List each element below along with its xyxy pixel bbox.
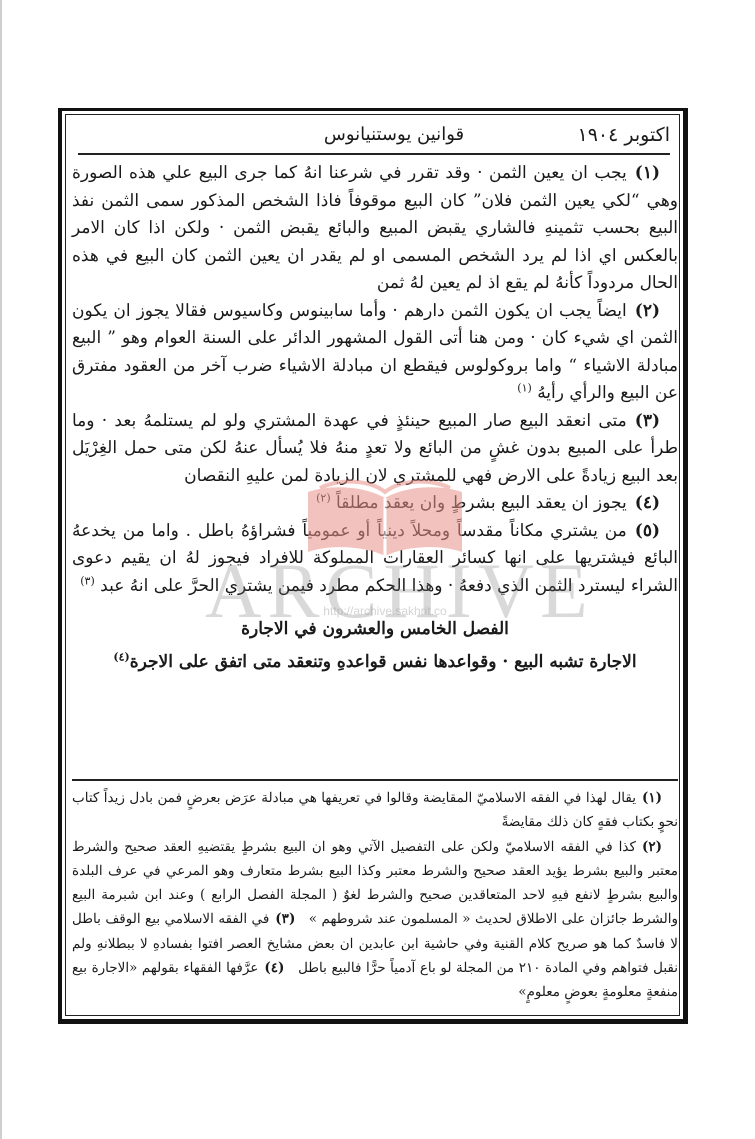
paragraph-number: (١) — [635, 163, 660, 183]
chapter-lead-text: الاجارة تشبه البيع · وقواعدها نفس قواعده… — [72, 646, 678, 678]
paragraph-2: (٢)ايضاً يجب ان يكون الثمن دارهم · وأما … — [72, 298, 678, 408]
footnote-text: يقال لهذا في الفقه الاسلاميّ المقايضة وق… — [72, 790, 678, 830]
header-title: قوانين يوستنيانوس — [78, 124, 670, 145]
body-text: (١)يجب ان يعين الثمن · وقد تقرر في شرعنا… — [72, 160, 678, 678]
footnote-number: (١) — [642, 790, 662, 806]
paragraph-text: متى انعقد البيع صار المبيع حينئذٍ في عهد… — [72, 411, 678, 486]
paragraph-number: (٢) — [635, 301, 660, 321]
paragraph-1: (١)يجب ان يعين الثمن · وقد تقرر في شرعنا… — [72, 160, 678, 298]
paragraph-text: يجب ان يعين الثمن · وقد تقرر في شرعنا ان… — [72, 163, 678, 293]
footnote-number: (٣) — [275, 911, 295, 927]
paragraph-number: (٤) — [635, 493, 660, 513]
footnote-2: (٢)كذا في الفقه الاسلاميّ ولكن على التفص… — [72, 835, 678, 1005]
paragraph-3: (٣)متى انعقد البيع صار المبيع حينئذٍ في … — [72, 408, 678, 491]
running-header: اكتوبر ١٩٠٤ قوانين يوستنيانوس — [78, 120, 670, 150]
paragraph-5: (٥)من يشتري مكاناً مقدساً ومحلاً دينياً … — [72, 518, 678, 601]
paragraph-number: (٣) — [635, 411, 660, 431]
chapter-heading: الفصل الخامس والعشرون في الاجارة — [72, 612, 678, 646]
footnote-reference[interactable]: (٤) — [113, 650, 129, 663]
footnote-number: (٢) — [642, 839, 662, 855]
footnote-divider — [72, 779, 678, 781]
footnote-number: (٤) — [264, 960, 284, 976]
chapter-lead-sentence: الاجارة تشبه البيع · وقواعدها نفس قواعده… — [130, 652, 637, 672]
footnote-reference[interactable]: (٢) — [316, 491, 331, 504]
paragraph-text: ايضاً يجب ان يكون الثمن دارهم · وأما ساب… — [72, 301, 678, 404]
scan-edge — [0, 0, 2, 1139]
footnotes-section: (١)يقال لهذا في الفقه الاسلاميّ المقايضة… — [72, 786, 678, 1005]
paragraph-text: من يشتري مكاناً مقدساً ومحلاً دينياً أو … — [72, 521, 678, 596]
footnote-reference[interactable]: (١) — [517, 381, 532, 394]
paragraph-number: (٥) — [635, 521, 660, 541]
paragraph-text: يجوز ان يعقد البيع بشرطٍ وان يعقد مطلقاً — [336, 493, 627, 513]
footnote-reference[interactable]: (٣) — [80, 574, 95, 587]
footnote-1: (١)يقال لهذا في الفقه الاسلاميّ المقايضة… — [72, 786, 678, 835]
header-divider — [78, 153, 670, 155]
paragraph-4: (٤)يجوز ان يعقد البيع بشرطٍ وان يعقد مطل… — [72, 490, 678, 518]
